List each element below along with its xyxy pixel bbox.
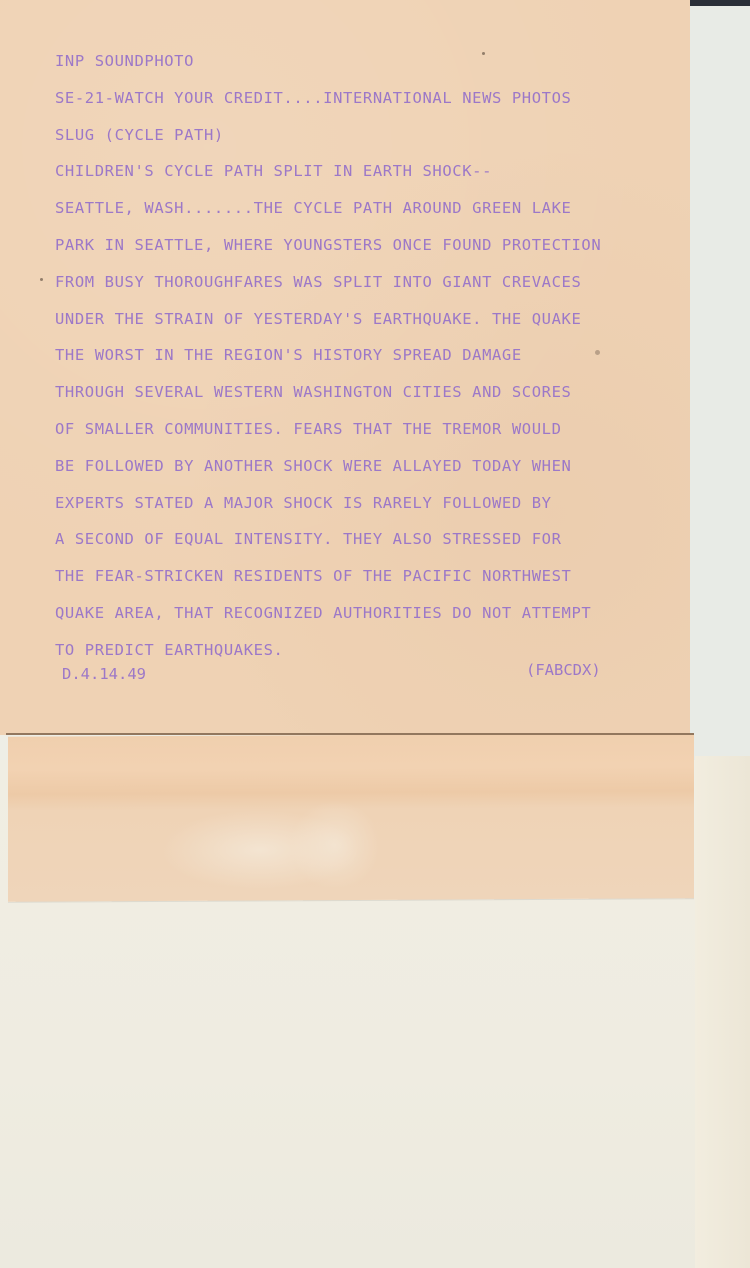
caption-line: THE FEAR-STRICKEN RESIDENTS OF THE PACIF… bbox=[55, 563, 601, 600]
dateline: D.4.14.49 bbox=[62, 665, 146, 683]
backing-board-edge bbox=[695, 756, 750, 1268]
caption-line: THE WORST IN THE REGION'S HISTORY SPREAD… bbox=[55, 342, 601, 379]
caption-line: CHILDREN'S CYCLE PATH SPLIT IN EARTH SHO… bbox=[55, 158, 601, 195]
caption-line: SEATTLE, WASH.......THE CYCLE PATH AROUN… bbox=[55, 195, 601, 232]
speck bbox=[40, 278, 43, 281]
caption-line: A SECOND OF EQUAL INTENSITY. THEY ALSO S… bbox=[55, 526, 601, 563]
caption-line: SLUG (CYCLE PATH) bbox=[55, 122, 601, 159]
faded-area bbox=[290, 800, 380, 890]
caption-line: INP SOUNDPHOTO bbox=[55, 48, 601, 85]
fold-crease bbox=[6, 733, 694, 735]
caption-line: THROUGH SEVERAL WESTERN WASHINGTON CITIE… bbox=[55, 379, 601, 416]
caption-line: UNDER THE STRAIN OF YESTERDAY'S EARTHQUA… bbox=[55, 306, 601, 343]
caption-line: OF SMALLER COMMUNITIES. FEARS THAT THE T… bbox=[55, 416, 601, 453]
caption-line: SE-21-WATCH YOUR CREDIT....INTERNATIONAL… bbox=[55, 85, 601, 122]
caption-line: BE FOLLOWED BY ANOTHER SHOCK WERE ALLAYE… bbox=[55, 453, 601, 490]
transmission-code: (FABCDX) bbox=[526, 661, 601, 679]
caption-line: FROM BUSY THOROUGHFARES WAS SPLIT INTO G… bbox=[55, 269, 601, 306]
caption-line: QUAKE AREA, THAT RECOGNIZED AUTHORITIES … bbox=[55, 600, 601, 637]
caption-line: EXPERTS STATED A MAJOR SHOCK IS RARELY F… bbox=[55, 490, 601, 527]
background-right bbox=[683, 6, 750, 766]
caption-line: PARK IN SEATTLE, WHERE YOUNGSTERS ONCE F… bbox=[55, 232, 601, 269]
caption-body: INP SOUNDPHOTO SE-21-WATCH YOUR CREDIT..… bbox=[55, 48, 601, 674]
